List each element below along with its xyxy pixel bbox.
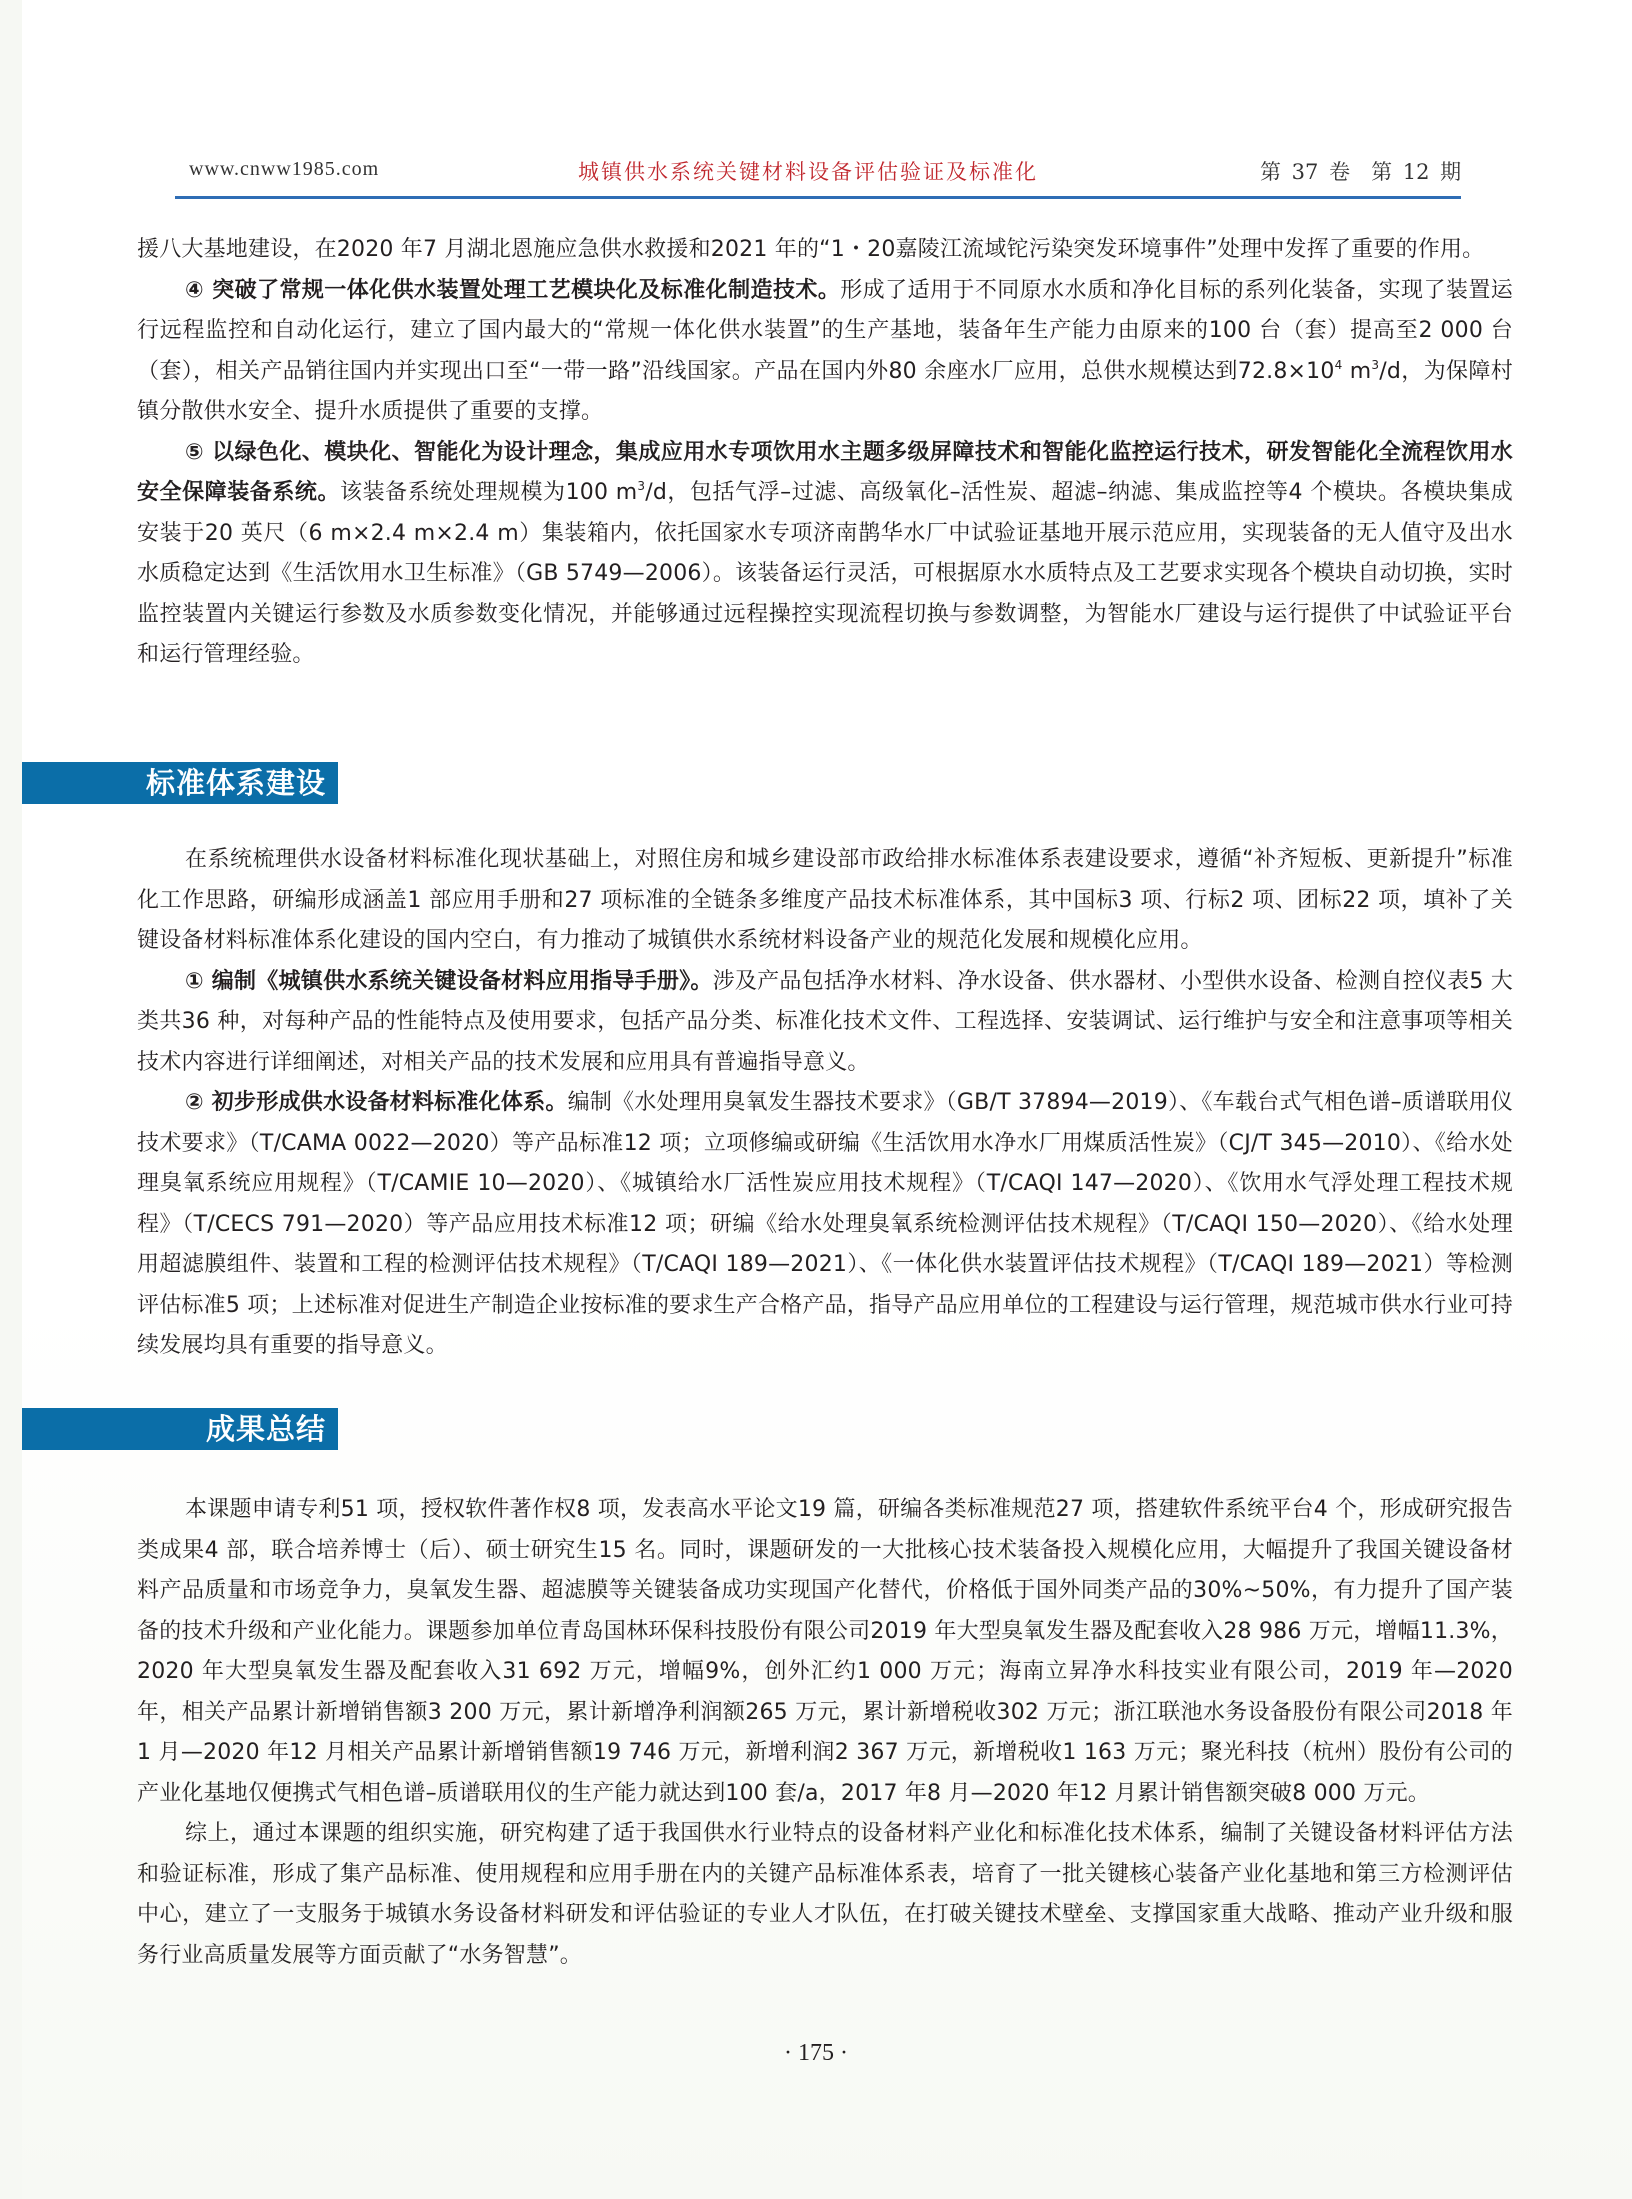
item-5-paragraph: ⑤ 以绿色化、模块化、智能化为设计理念，集成应用水专项饮用水主题多级屏障技术和智…: [137, 433, 1513, 676]
page-margin-strip: [0, 0, 22, 2199]
standards-item-2-paragraph: ② 初步形成供水设备材料标准化体系。编制《水处理用臭氧发生器技术要求》（GB/T…: [137, 1083, 1513, 1367]
standards-intro-paragraph: 在系统梳理供水设备材料标准化现状基础上，对照住房和城乡建设部市政给排水标准体系表…: [137, 840, 1513, 962]
standards-item-2-lead: ② 初步形成供水设备材料标准化体系。: [185, 1090, 568, 1115]
intro-block: 援八大基地建设，在2020 年7 月湖北恩施应急供水救援和2021 年的“1・2…: [137, 230, 1513, 676]
summary-conclusion-paragraph: 综上，通过本课题的组织实施，研究构建了适于我国供水行业特点的设备材料产业化和标准…: [137, 1814, 1513, 1976]
unit-text: m: [1342, 359, 1371, 384]
item-5-text: 该装备系统处理规模为100 m: [340, 480, 637, 505]
header-divider: [175, 196, 1461, 199]
summary-results-paragraph: 本课题申请专利51 项，授权软件著作权8 项，发表高水平论文19 篇，研编各类标…: [137, 1490, 1513, 1814]
section-banner-summary: 成果总结: [22, 1408, 338, 1450]
section-heading: 标准体系建设: [146, 765, 326, 801]
summary-section-body: 本课题申请专利51 项，授权软件著作权8 项，发表高水平论文19 篇，研编各类标…: [137, 1490, 1513, 1976]
standards-section-body: 在系统梳理供水设备材料标准化现状基础上，对照住房和城乡建设部市政给排水标准体系表…: [137, 840, 1513, 1367]
continuation-paragraph: 援八大基地建设，在2020 年7 月湖北恩施应急供水救援和2021 年的“1・2…: [137, 230, 1513, 271]
standards-item-2-text: 编制《水处理用臭氧发生器技术要求》（GB/T 37894—2019）、《车载台式…: [137, 1090, 1513, 1358]
journal-url: www.cnww1985.com: [189, 158, 379, 181]
section-heading: 成果总结: [206, 1411, 326, 1447]
standards-item-1-paragraph: ① 编制《城镇供水系统关键设备材料应用指导手册》。涉及产品包括净水材料、净水设备…: [137, 962, 1513, 1084]
volume-issue: 第 37 卷 第 12 期: [1260, 156, 1461, 186]
item-5-text-end: /d，包括气浮–过滤、高级氧化–活性炭、超滤–纳滤、集成监控等4 个模块。各模块…: [137, 480, 1513, 667]
section-banner-standards: 标准体系建设: [22, 762, 338, 804]
item-4-paragraph: ④ 突破了常规一体化供水装置处理工艺模块化及标准化制造技术。形成了适用于不同原水…: [137, 271, 1513, 433]
standards-item-1-lead: ① 编制《城镇供水系统关键设备材料应用指导手册》。: [185, 969, 713, 994]
running-title: 城镇供水系统关键材料设备评估验证及标准化: [578, 156, 1038, 186]
item-4-lead: ④ 突破了常规一体化供水装置处理工艺模块化及标准化制造技术。: [185, 278, 840, 303]
page-number: · 175 ·: [0, 2040, 1632, 2067]
